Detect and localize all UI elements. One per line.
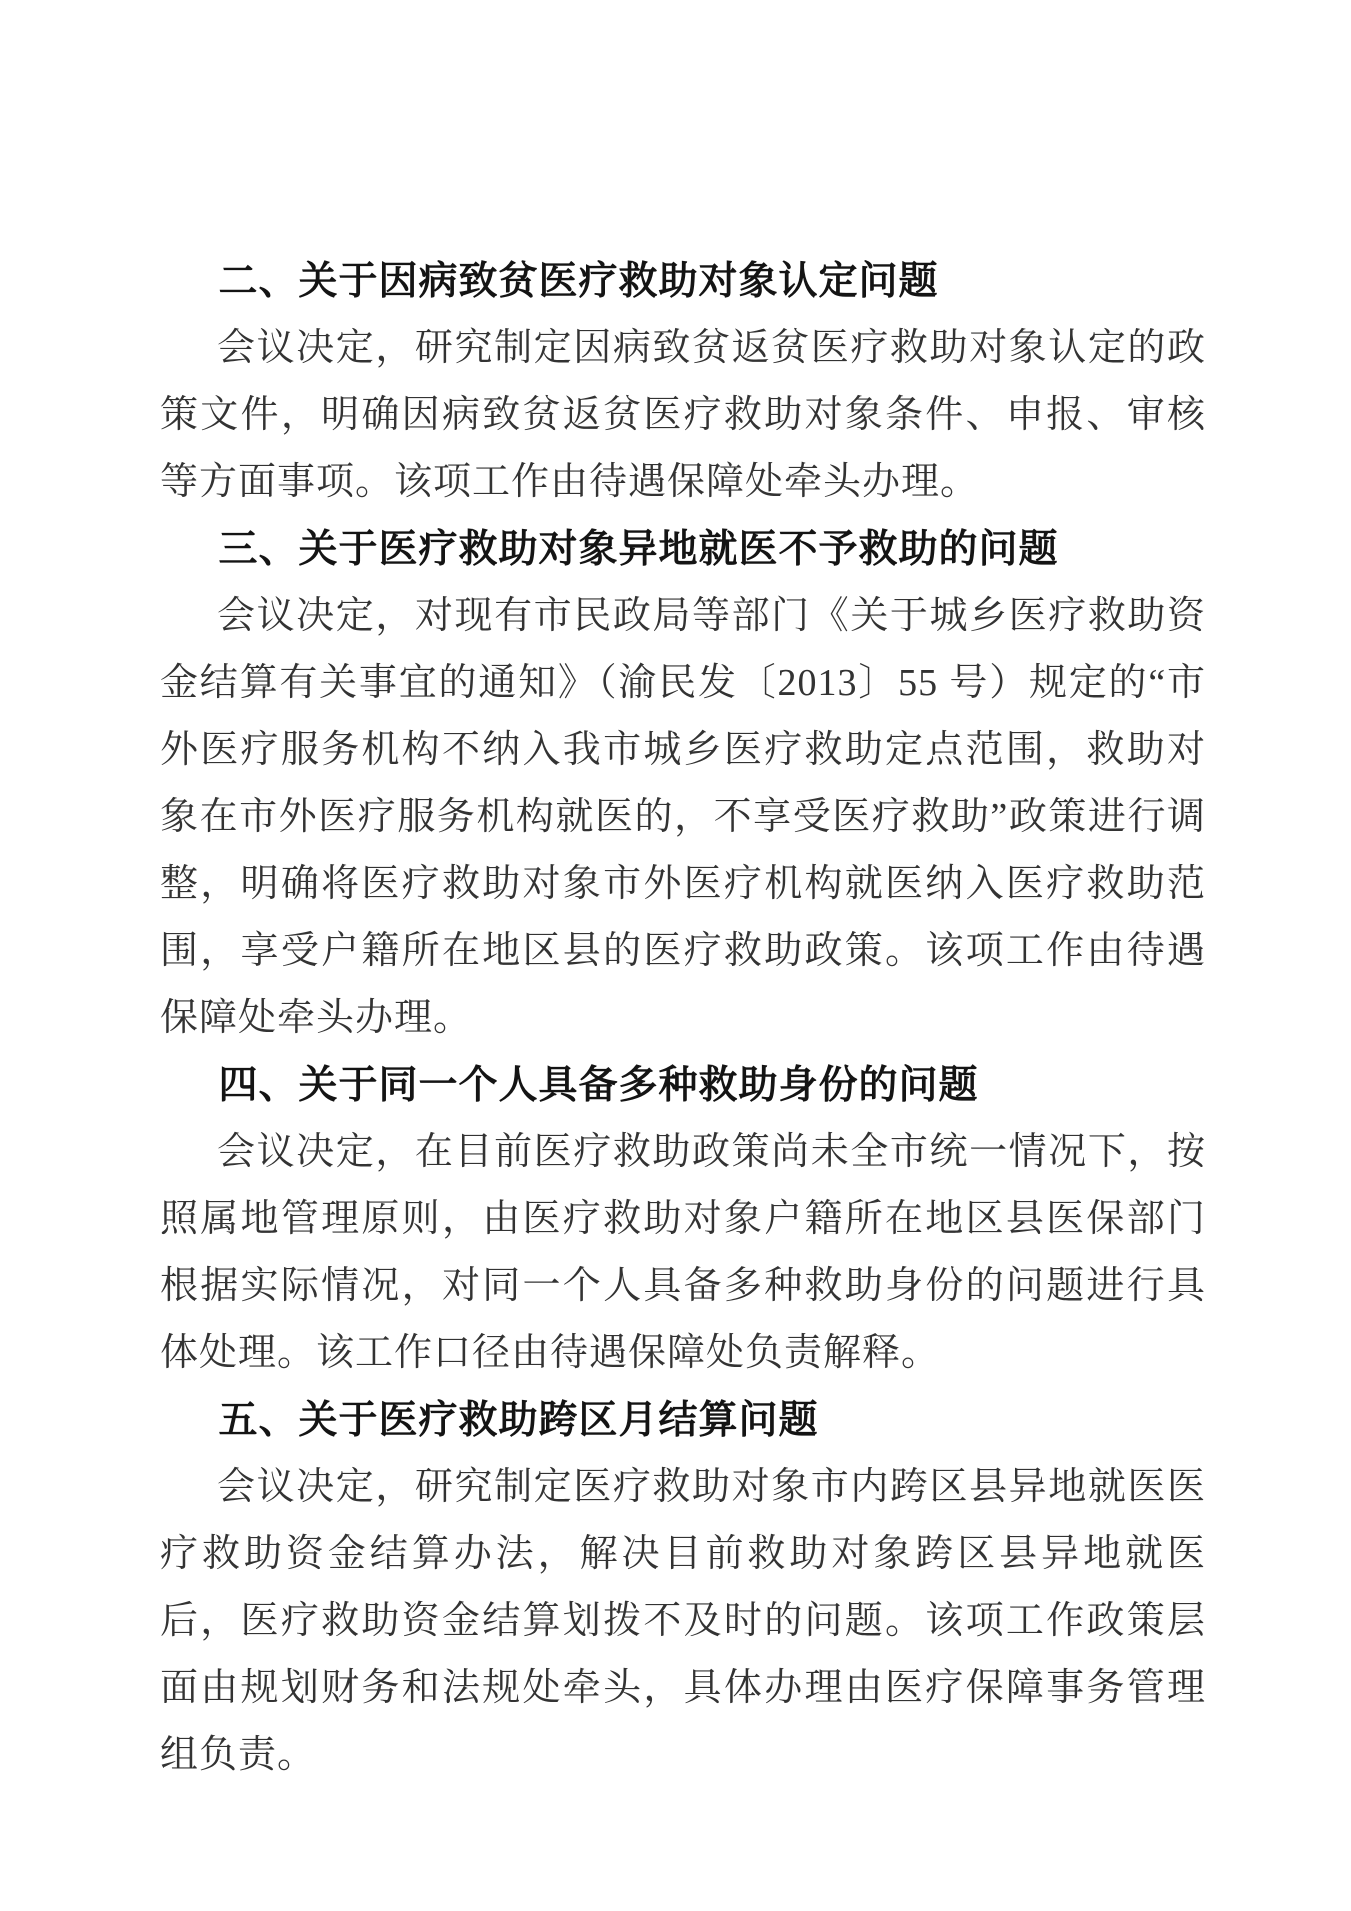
- section-4: 四、关于同一个人具备多种救助身份的问题 会议决定，在目前医疗救助政策尚未全市统一…: [160, 1052, 1206, 1387]
- section-4-paragraph: 会议决定，在目前医疗救助政策尚未全市统一情况下，按照属地管理原则，由医疗救助对象…: [160, 1119, 1206, 1387]
- section-4-heading: 四、关于同一个人具备多种救助身份的问题: [160, 1052, 1206, 1119]
- section-5: 五、关于医疗救助跨区月结算问题 会议决定，研究制定医疗救助对象市内跨区县异地就医…: [160, 1387, 1206, 1789]
- section-3: 三、关于医疗救助对象异地就医不予救助的问题 会议决定，对现有市民政局等部门《关于…: [160, 516, 1206, 1052]
- section-5-paragraph: 会议决定，研究制定医疗救助对象市内跨区县异地就医医疗救助资金结算办法，解决目前救…: [160, 1454, 1206, 1789]
- section-3-paragraph: 会议决定，对现有市民政局等部门《关于城乡医疗救助资金结算有关事宜的通知》（渝民发…: [160, 583, 1206, 1052]
- section-2-paragraph: 会议决定，研究制定因病致贫返贫医疗救助对象认定的政策文件，明确因病致贫返贫医疗救…: [160, 315, 1206, 516]
- document-page: 二、关于因病致贫医疗救助对象认定问题 会议决定，研究制定因病致贫返贫医疗救助对象…: [0, 0, 1351, 1911]
- section-3-heading: 三、关于医疗救助对象异地就医不予救助的问题: [160, 516, 1206, 583]
- document-content: 二、关于因病致贫医疗救助对象认定问题 会议决定，研究制定因病致贫返贫医疗救助对象…: [160, 248, 1206, 1789]
- section-2-heading: 二、关于因病致贫医疗救助对象认定问题: [160, 248, 1206, 315]
- section-2: 二、关于因病致贫医疗救助对象认定问题 会议决定，研究制定因病致贫返贫医疗救助对象…: [160, 248, 1206, 516]
- section-5-heading: 五、关于医疗救助跨区月结算问题: [160, 1387, 1206, 1454]
